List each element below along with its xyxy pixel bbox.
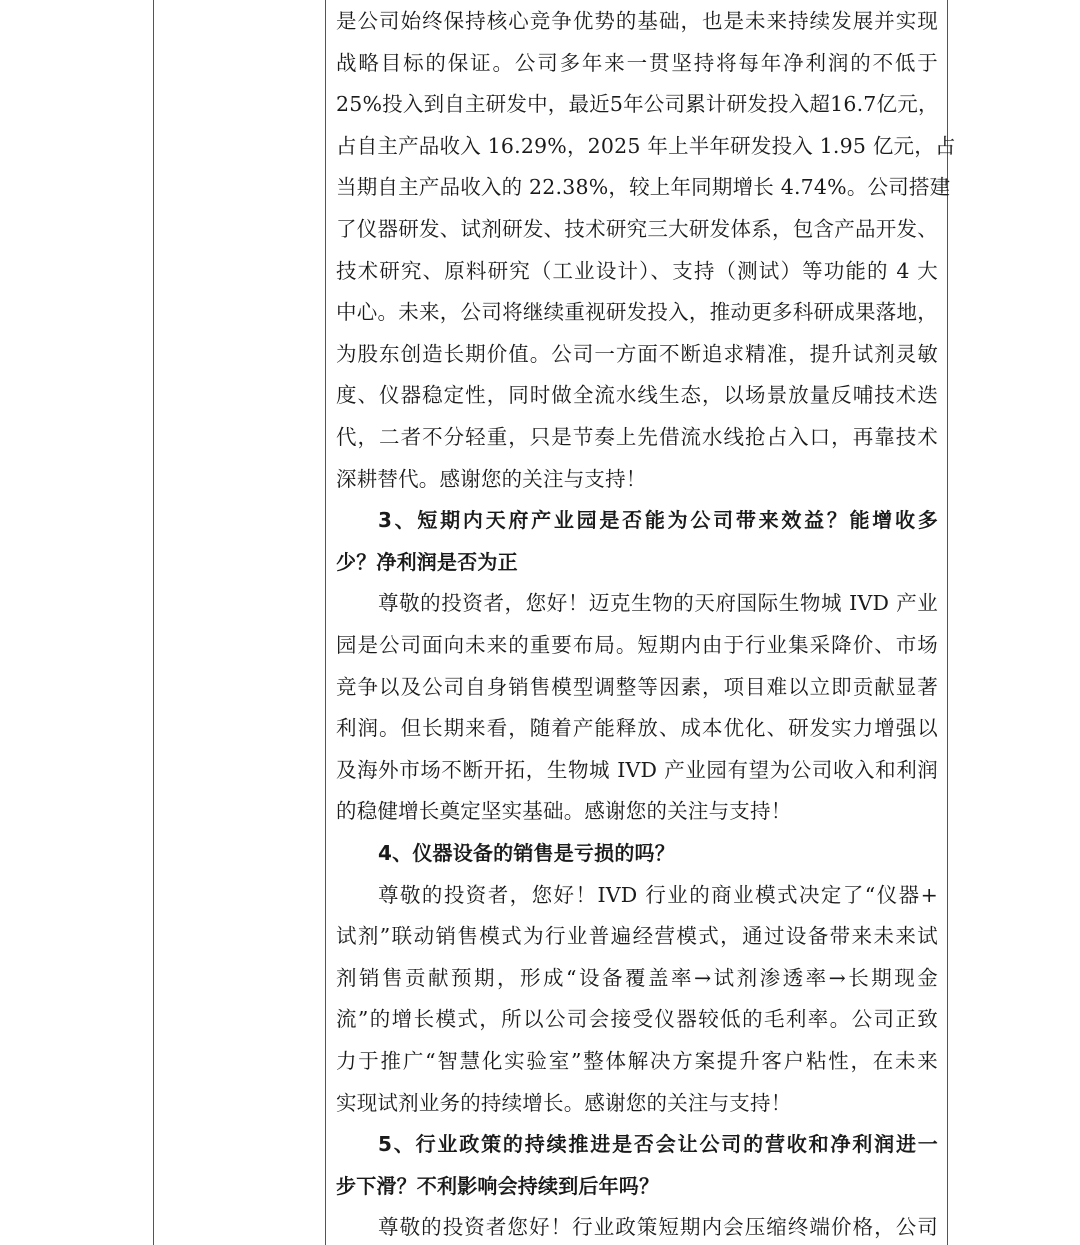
text-line: 占自主产品收入 16.29%，2025 年上半年研发投入 1.95 亿元，占	[336, 125, 938, 167]
table-border-middle	[325, 0, 326, 1245]
answer-4-line: 尊敬的投资者，您好！IVD 行业的商业模式决定了“仪器+	[378, 874, 938, 916]
text-line: 当期自主产品收入的 22.38%，较上年同期增长 4.74%。公司搭建	[336, 166, 938, 208]
question-3-heading-cont: 少？净利润是否为正	[336, 541, 518, 583]
answer-3-line: 及海外市场不断开拓，生物城 IVD 产业园有望为公司收入和利润	[336, 749, 938, 791]
text-line: 战略目标的保证。公司多年来一贯坚持将每年净利润的不低于	[336, 42, 938, 84]
answer-4-line: 剂销售贡献预期，形成“设备覆盖率→试剂渗透率→长期现金	[336, 957, 938, 999]
text-line: 了仪器研发、试剂研发、技术研究三大研发体系，包含产品开发、	[336, 208, 938, 250]
question-4-heading: 4、仪器设备的销售是亏损的吗？	[378, 832, 675, 874]
answer-4-line: 试剂”联动销售模式为行业普遍经营模式，通过设备带来未来试	[336, 915, 938, 957]
answer-4-line: 流”的增长模式，所以公司会接受仪器较低的毛利率。公司正致	[336, 998, 938, 1040]
text-line: 度、仪器稳定性，同时做全流水线生态，以场景放量反哺技术迭	[336, 374, 938, 416]
text-line: 技术研究、原料研究（工业设计）、支持（测试）等功能的 4 大	[336, 250, 938, 292]
question-5-heading: 5、行业政策的持续推进是否会让公司的营收和净利润进一	[378, 1123, 938, 1165]
answer-4-line: 力于推广“智慧化实验室”整体解决方案提升客户粘性，在未来	[336, 1040, 938, 1082]
table-border-left	[153, 0, 154, 1245]
question-3-heading: 3、短期内天府产业园是否能为公司带来效益？能增收多	[378, 499, 938, 541]
answer-3-line: 的稳健增长奠定坚实基础。感谢您的关注与支持！	[336, 790, 791, 832]
text-line: 为股东创造长期价值。公司一方面不断追求精准，提升试剂灵敏	[336, 333, 938, 375]
answer-5-line: 尊敬的投资者您好！行业政策短期内会压缩终端价格，公司	[378, 1206, 938, 1245]
answer-4-line: 实现试剂业务的持续增长。感谢您的关注与支持！	[336, 1082, 791, 1124]
answer-3-line: 利润。但长期来看，随着产能释放、成本优化、研发实力增强以	[336, 707, 938, 749]
text-line: 中心。未来，公司将继续重视研发投入，推动更多科研成果落地，	[336, 291, 938, 333]
text-line: 25%投入到自主研发中，最近5年公司累计研发投入超16.7亿元，	[336, 83, 938, 125]
text-line: 是公司始终保持核心竞争优势的基础，也是未来持续发展并实现	[336, 0, 938, 42]
text-line: 代，二者不分轻重，只是节奏上先借流水线抢占入口，再靠技术	[336, 416, 938, 458]
answer-3-line: 园是公司面向未来的重要布局。短期内由于行业集采降价、市场	[336, 624, 938, 666]
text-line: 深耕替代。感谢您的关注与支持！	[336, 458, 647, 500]
answer-3-line: 尊敬的投资者，您好！迈克生物的天府国际生物城 IVD 产业	[378, 582, 938, 624]
question-5-heading-cont: 步下滑？不利影响会持续到后年吗？	[336, 1165, 659, 1207]
answer-3-line: 竞争以及公司自身销售模型调整等因素，项目难以立即贡献显著	[336, 666, 938, 708]
